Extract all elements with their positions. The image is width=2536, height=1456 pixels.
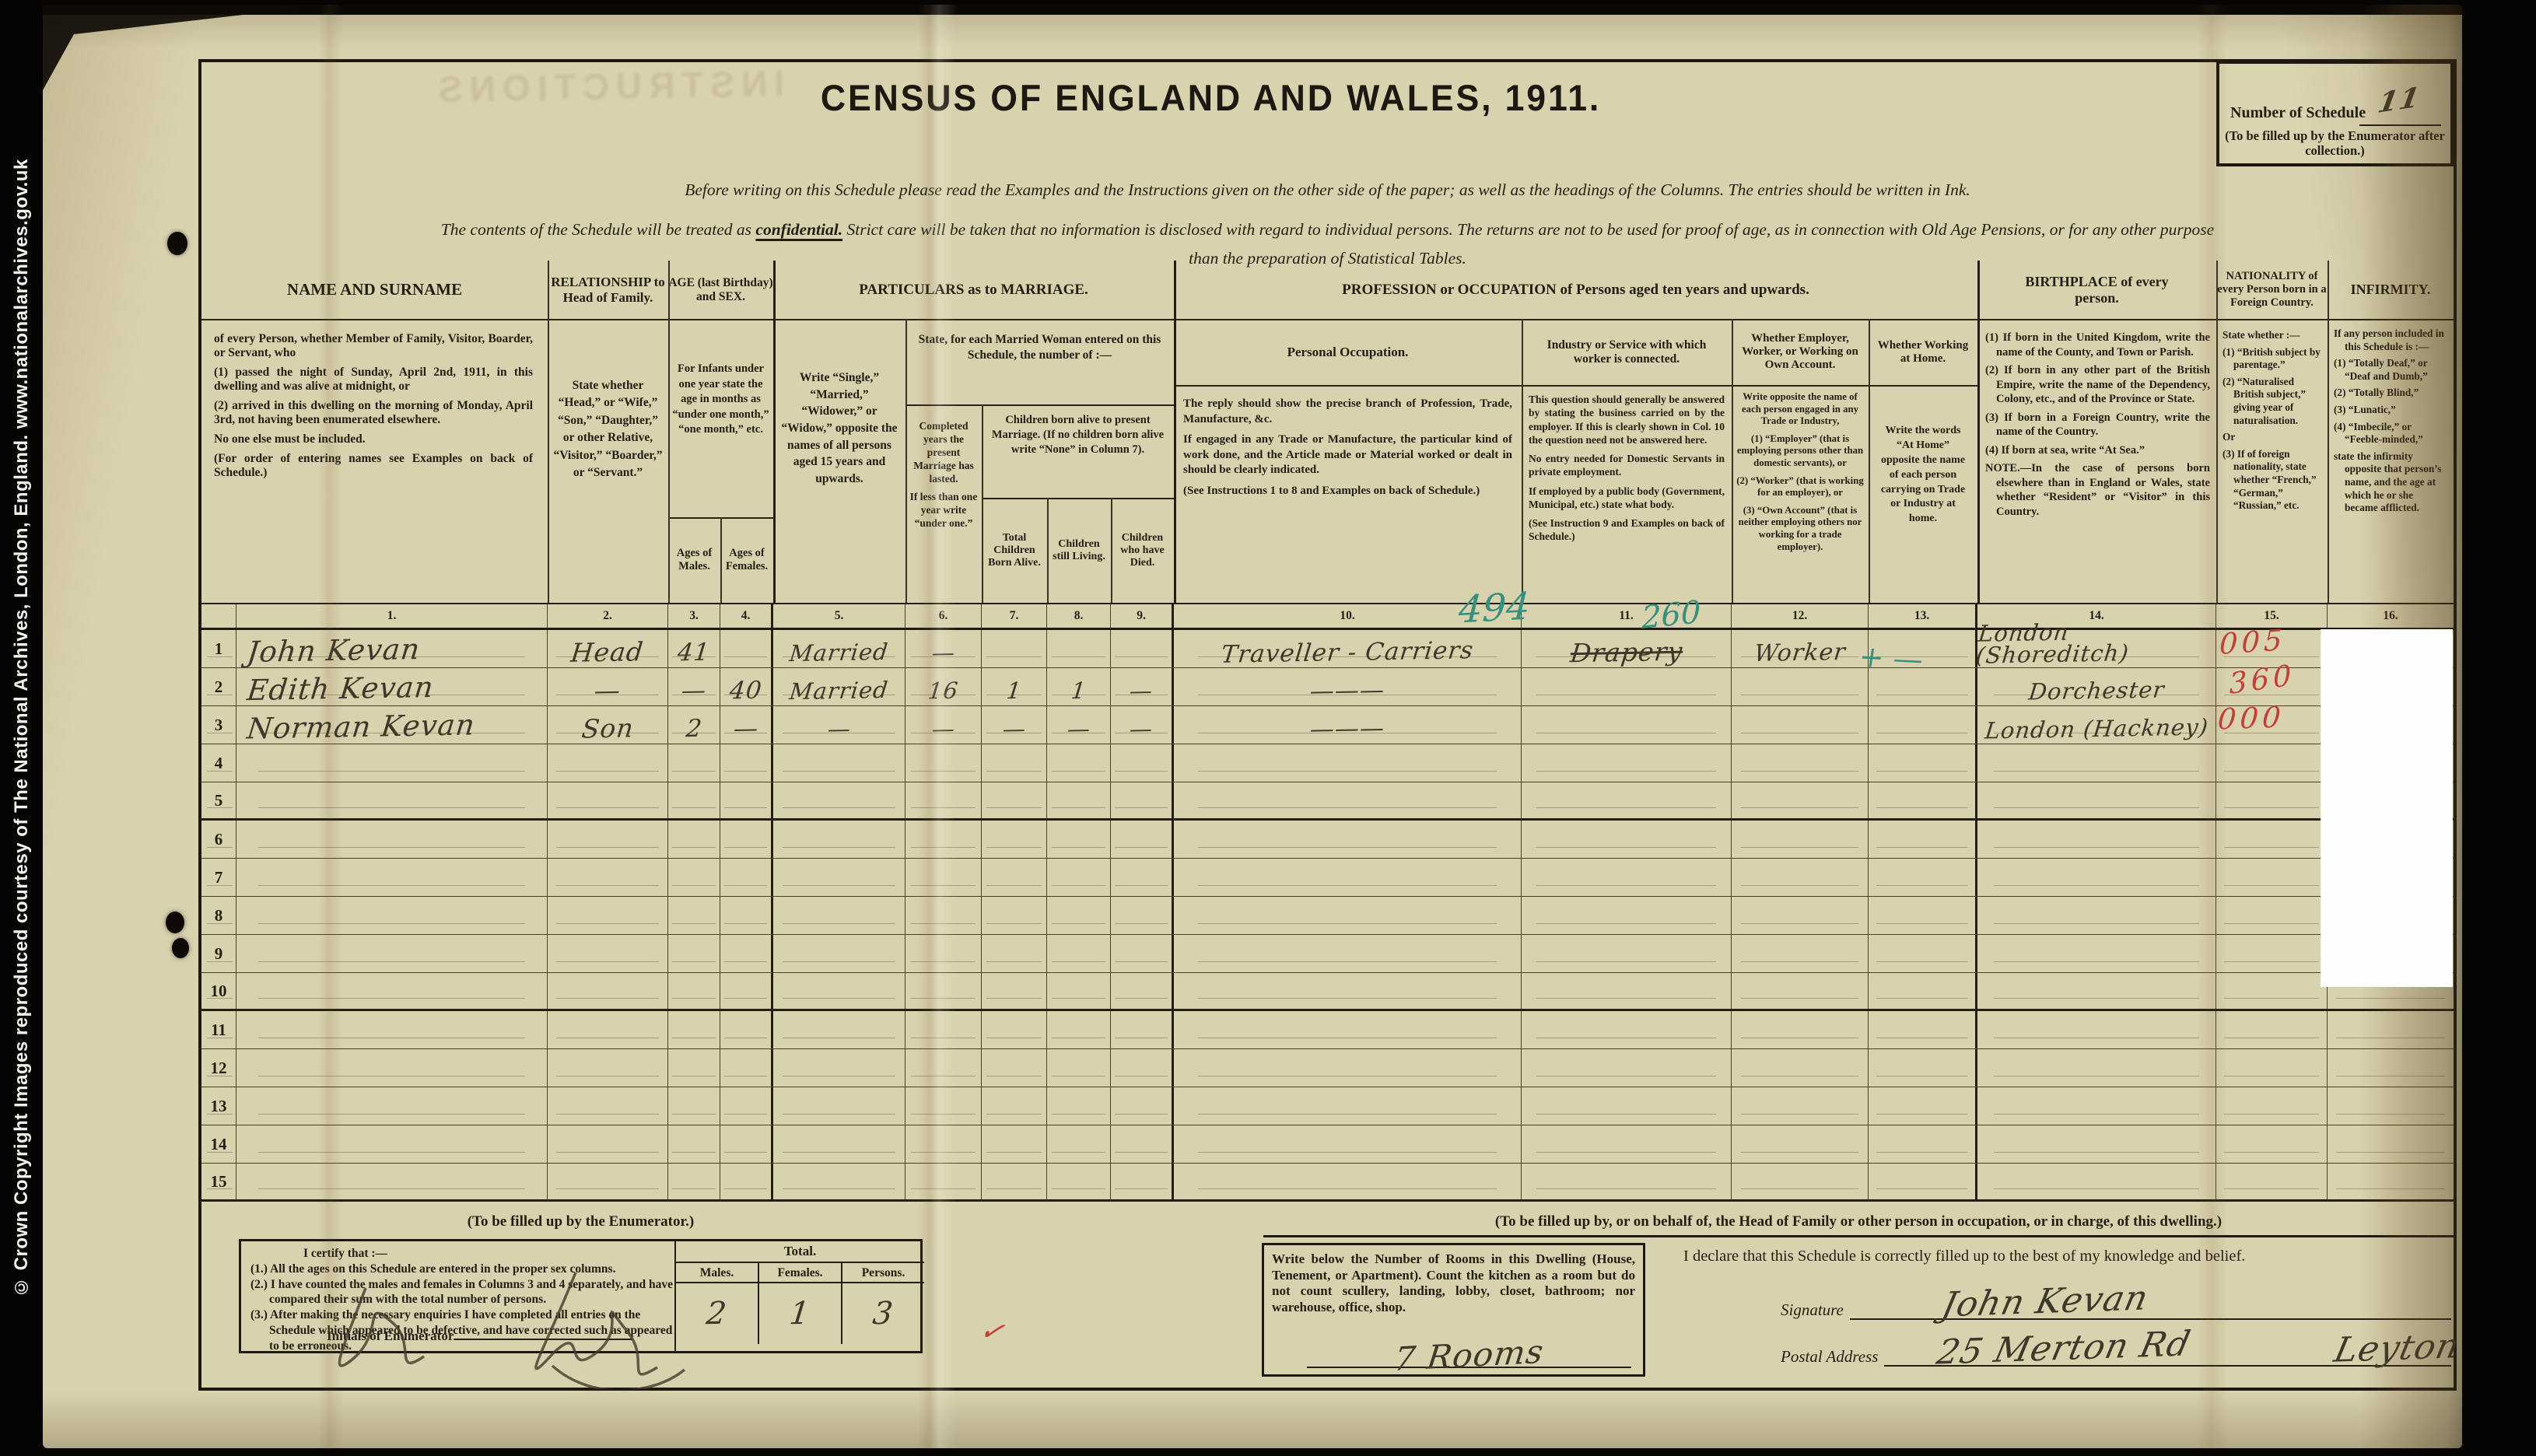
table-row: 2Edith Kevan——40Married1611————Dorcheste… [201,668,2454,706]
schedule-form: Number of Schedule 11 (To be filled up b… [198,59,2457,1391]
handwritten-entry: Worker [1753,641,1847,665]
col-header-relationship-text: State whether “Head,” or “Wife,” “Son,” … [551,377,665,482]
totals-males-value: 2 [705,1299,729,1328]
cell [982,1011,1047,1048]
table-row: 7 [201,859,2454,897]
row-number-strip-head [201,604,236,628]
cell [1977,744,2216,782]
header-divider [1522,319,1523,603]
cell [1732,821,1869,858]
handwritten-entry: Dorchester [2027,680,2165,704]
cell: Edith Kevan [236,668,548,705]
cell [1977,1011,2216,1048]
cell [668,973,720,1009]
cell [1174,782,1522,818]
handwritten-entry: — [1066,719,1091,740]
header-divider [1977,261,1980,603]
cell [720,782,773,818]
cell [1732,1125,1869,1163]
cell: London (Shoreditch) [1977,630,2216,667]
cell [1732,1011,1869,1048]
cell [1732,973,1869,1009]
handwritten-entry: 40 [728,679,763,702]
cell [1869,744,1977,782]
cell [720,1087,773,1125]
row-number: 6 [201,821,236,858]
cell [1869,859,1977,896]
column-number: 8. [1047,604,1111,628]
cell [905,1087,982,1125]
cell [548,973,668,1009]
cell [773,859,905,896]
cell [1732,706,1869,744]
text-line: (See Instructions 1 to 8 and Examples on… [1183,484,1512,499]
postal-address-town: Leyton [2331,1330,2463,1367]
text-line: (1) “British subject by parentage.” [2221,346,2323,372]
col-header-home-title: Whether Working at Home. [1869,319,1977,385]
cell [1111,744,1174,782]
row-number: 5 [201,782,236,818]
cell [2216,1011,2328,1048]
cell [1732,668,1869,705]
cell [1174,1049,1522,1087]
text-line: State whether :— [2221,329,2323,342]
text-line: of every Person, whether Member of Famil… [214,332,533,360]
cell [2328,1011,2454,1048]
cell [1047,1125,1111,1163]
cell: — [668,668,720,705]
cell [668,744,720,782]
handwritten-entry: — [1001,719,1027,740]
cell: Worker [1732,630,1869,667]
text-line: (3) If of foreign nationality, state whe… [2221,448,2323,513]
cell [1111,1125,1174,1163]
cell [773,821,905,858]
cell [1174,859,1522,896]
cell [1977,782,2216,818]
cell [2216,782,2328,818]
cell [1977,859,2216,896]
cell [773,935,905,972]
cell [1174,1125,1522,1163]
col-header-ages-females: Ages of Females. [720,517,773,603]
handwritten-entry: London (Hackney) [1984,717,2209,743]
text-line: (2) “Worker” (that is working for an emp… [1736,475,1864,499]
row-number: 9 [201,935,236,972]
column-number: 6. [905,604,982,628]
cell [1111,1011,1174,1048]
cell: London (Hackney) [1977,706,2216,744]
handwritten-entry: Drapery [1569,639,1684,665]
cell [236,1049,548,1087]
schedule-number-note: (To be filled up by the Enumerator after… [2219,129,2450,159]
row-number: 11 [201,1011,236,1048]
signature-line: John Kevan [1850,1311,2451,1320]
cell [2328,1049,2454,1087]
header-line [201,319,2454,320]
column-number: 3. [668,604,720,628]
cell [905,744,982,782]
table-row: 6 [201,821,2454,859]
cell [668,1011,720,1048]
col-header-married-woman-text: State, for each Married Woman entered on… [913,332,1166,363]
cell: Dorchester [1977,668,2216,705]
cell [2328,1164,2454,1199]
handwritten-entry: — [826,719,852,740]
cell [2216,859,2328,896]
handwritten-entry: John Kevan [246,635,422,666]
cell [2216,1125,2328,1163]
cell: 2 [668,706,720,744]
cell [982,1087,1047,1125]
cell [548,1125,668,1163]
cell [720,1125,773,1163]
cell [1977,935,2216,972]
cell [548,782,668,818]
row-number: 10 [201,973,236,1009]
row-number: 15 [201,1164,236,1199]
header-divider [1111,498,1112,603]
cell: — [1047,706,1111,744]
cell [1522,935,1732,972]
cell [236,1125,548,1163]
cell [1047,821,1111,858]
cell [668,897,720,934]
cell [1174,1164,1522,1199]
instruction-2a: The contents of the Schedule will be tre… [441,220,756,239]
header-divider [668,261,670,603]
punch-hole [167,232,187,255]
cell: 1 [982,668,1047,705]
table-row: 4 [201,744,2454,782]
cell [905,973,982,1009]
cell [905,935,982,972]
cell [1111,630,1174,667]
page-top-edge [43,5,2462,15]
col-header-nationality-title: NATIONALITY of every Person born in a Fo… [2216,261,2328,319]
header-divider [2216,261,2218,603]
column-number: 16. [2328,604,2454,628]
cell [905,821,982,858]
table-row: 14 [201,1125,2454,1164]
cell [236,1087,548,1125]
handwritten-entry: ——— [1308,717,1385,741]
enumerator-caption: (To be filled up by the Enumerator.) [239,1213,923,1230]
cell [720,1164,773,1199]
handwritten-entry: Married [789,642,890,665]
row-number: 3 [201,706,236,744]
schedule-number-value: 11 [2376,84,2422,117]
table-row: 10 [201,973,2454,1011]
handwritten-entry: 1 [1005,681,1022,702]
cell [1732,859,1869,896]
text-line: The reply should show the precise branch… [1183,397,1512,427]
cell: ——— [1174,706,1522,744]
col-header-children-died: Children who have Died. [1111,498,1174,603]
cell [236,859,548,896]
cell [1869,782,1977,818]
text-line: (2) “Naturalised British subject,” givin… [2221,376,2323,427]
cell: ——— [1174,668,1522,705]
handwritten-entry: — [1129,719,1154,740]
header-line [1174,385,1977,387]
cell [1732,1087,1869,1125]
cell: Head [548,630,668,667]
cell [1732,744,1869,782]
cell [1174,821,1522,858]
signature-label: Signature [1781,1300,1850,1320]
postal-address-value: 25 Merton Rd [1935,1328,2194,1370]
col-header-employer-text: Write opposite the name of each person e… [1736,391,1864,558]
cell [236,973,548,1009]
text-line: If engaged in any Trade or Manufacture, … [1183,432,1512,478]
cell: John Kevan [236,630,548,667]
totals-males-label: Males. [676,1263,759,1283]
table-row: 5 [201,782,2454,821]
cell [1522,1125,1732,1163]
table-row: 9 [201,935,2454,973]
schedule-number-line [2359,124,2441,126]
cell [905,1011,982,1048]
cell [1047,1087,1111,1125]
text-line: (1) passed the night of Sunday, April 2n… [214,366,533,394]
column-number: 13. [1869,604,1977,628]
cell [1522,821,1732,858]
cell [1522,668,1732,705]
cell [2328,1087,2454,1125]
cell [1174,744,1522,782]
cell: — [982,706,1047,744]
cell [548,821,668,858]
row-number: 7 [201,859,236,896]
cell [1869,1049,1977,1087]
cell [1522,782,1732,818]
cell [668,859,720,896]
cell [1111,973,1174,1009]
cell [720,744,773,782]
cell [1869,897,1977,934]
header-line [982,498,1174,499]
cell [1047,744,1111,782]
text-line: (1.) All the ages on this Schedule are e… [249,1262,675,1277]
text-line: (2) If born in any other part of the Bri… [1984,363,2210,407]
cell [1977,1049,2216,1087]
cell [548,859,668,896]
cell [548,1087,668,1125]
cell [982,744,1047,782]
cell [1047,782,1111,818]
rooms-value: 7 Rooms [1392,1336,1546,1375]
row-number: 12 [201,1049,236,1087]
enumerator-box: I certify that :— (1.) All the ages on t… [239,1239,923,1353]
cell [982,1049,1047,1087]
col-header-relationship-title: RELATIONSHIP to Head of Family. [548,261,668,319]
cell [2216,973,2328,1009]
totals-title: Total. [676,1241,924,1263]
table-row: 15 [201,1164,2454,1202]
instruction-line-2: The contents of the Schedule will be tre… [201,220,2454,240]
col-header-children-total: Total Children Born Alive. [982,498,1047,603]
cell: — [720,706,773,744]
cell [720,973,773,1009]
cell: Married [773,668,905,705]
cell [548,1049,668,1087]
text-line: (2.) I have counted the males and female… [249,1277,675,1308]
cell [1047,897,1111,934]
handwritten-entry: 16 [927,681,960,702]
cell [720,821,773,858]
col-header-industry-title: Industry or Service with which worker is… [1522,319,1732,385]
column-number: 12. [1732,604,1869,628]
table-header: NAME AND SURNAME RELATIONSHIP to Head of… [201,261,2454,603]
cell [720,1049,773,1087]
handwritten-entry: Edith Kevan [246,674,436,704]
certify-intro: I certify that :— [303,1246,675,1262]
cell [236,935,548,972]
cell [1522,706,1732,744]
col-header-home-text: Write the words “At Home” opposite the n… [1876,424,1970,527]
cell [1869,821,1977,858]
rooms-box: Write below the Number of Rooms in this … [1262,1243,1645,1377]
cell [1522,1087,1732,1125]
green-annotation: + — [1857,639,1926,677]
cell: Traveller - Carriers [1174,630,1522,667]
column-number: 9. [1111,604,1174,628]
cell [982,1164,1047,1199]
cell [1869,935,1977,972]
rooms-write-line: 7 Rooms [1307,1335,1631,1368]
text-line: Completed years the present Marriage has… [908,420,979,485]
handwritten-entry: 41 [677,641,712,664]
column-number: 7. [982,604,1047,628]
cell [668,1125,720,1163]
cell [668,821,720,858]
cell [1869,1011,1977,1048]
col-header-nationality-text: State whether :—(1) “British subject by … [2221,329,2323,516]
row-number: 8 [201,897,236,934]
cell [1732,935,1869,972]
text-line: (1) “Employer” (that is employing person… [1736,433,1864,470]
table-row: 12 [201,1049,2454,1087]
cell [1869,1164,1977,1199]
cell [1522,973,1732,1009]
instruction-line-1: Before writing on this Schedule please r… [201,180,2454,200]
cell [2328,1125,2454,1163]
cell [1977,821,2216,858]
cell [905,859,982,896]
table-row: 13 [201,1087,2454,1125]
text-line: (4) If born at sea, write “At Sea.” [1984,443,2210,458]
col-header-completed-years: Completed years the present Marriage has… [908,420,979,536]
signature-value: John Kevan [1939,1283,2151,1322]
totals-persons-value: 3 [871,1299,895,1328]
text-line: Or [2221,431,2323,444]
postal-address-line: 25 Merton Rd Leyton [1884,1357,2451,1367]
header-line [905,404,1174,406]
text-line: (2) arrived in this dwelling on the morn… [214,399,533,427]
cell: 41 [668,630,720,667]
cell [1174,897,1522,934]
cell [668,935,720,972]
confidential-underlined: confidential. [755,220,842,239]
text-line: (3) If born in a Foreign Country, write … [1984,411,2210,439]
header-divider [2328,261,2329,603]
cell [1977,897,2216,934]
cell [905,1125,982,1163]
cell [720,630,773,667]
col-header-children-living: Children still Living. [1047,498,1111,603]
cell [1977,1087,2216,1125]
col-header-marital-text: Write “Single,” “Married,” “Widower,” or… [779,369,900,488]
col-header-personal-occupation-text: The reply should show the precise branch… [1183,397,1512,504]
col-header-name-title: NAME AND SURNAME [201,261,548,319]
totals-females-label: Females. [759,1263,842,1283]
col-header-children-box: Children born alive to present Marriage.… [989,413,1167,457]
cell [905,897,982,934]
handwritten-entry: — [732,717,759,740]
text-line: If less than one year write “under one.” [908,491,979,530]
cell [1111,782,1174,818]
cell: Norman Kevan [236,706,548,744]
cell [982,859,1047,896]
row-number: 13 [201,1087,236,1125]
cell [773,1125,905,1163]
handwritten-entry: Norman Kevan [246,711,477,742]
cell [1111,859,1174,896]
cell [1869,973,1977,1009]
cell: — [1111,668,1174,705]
row-number: 14 [201,1125,236,1163]
cell [668,782,720,818]
totals-values: 2 1 3 [676,1283,924,1344]
cell: — [1111,706,1174,744]
punch-hole [166,912,184,933]
cell [1111,897,1174,934]
col-header-ages-males: Ages of Males. [668,517,720,603]
header-divider [1869,319,1870,603]
header-divider [1174,261,1176,603]
text-line: If employed by a public body (Government… [1529,485,1725,512]
handwritten-entry: Head [570,639,646,665]
header-divider [905,319,907,603]
cell [982,897,1047,934]
cell [1522,744,1732,782]
cell: — [905,630,982,667]
col-header-birthplace-text: (1) If born in the United Kingdom, write… [1984,331,2210,523]
cell [720,1011,773,1048]
census-page: INSTRUCTIONS Number of Schedule 11 (To b… [43,5,2462,1448]
cell: — [548,668,668,705]
cell [1047,630,1111,667]
column-number: 5. [773,604,905,628]
cell [982,782,1047,818]
cell [1111,1164,1174,1199]
cell [1047,1164,1111,1199]
text-line: (See Instruction 9 and Examples on back … [1529,516,1725,544]
cell [1174,935,1522,972]
cell [773,1087,905,1125]
text-line: (4) “Imbecile,” or “Feeble-minded,” [2332,421,2449,446]
cell [1111,1087,1174,1125]
totals-table: Total. Males. Females. Persons. 2 1 3 [674,1241,924,1351]
cell [1522,897,1732,934]
cell [1047,859,1111,896]
cell [773,973,905,1009]
cell [773,782,905,818]
schedule-number-label: Number of Schedule [2230,104,2366,122]
cell [773,744,905,782]
col-header-age-title: AGE (last Birthday) and SEX. [668,261,773,319]
